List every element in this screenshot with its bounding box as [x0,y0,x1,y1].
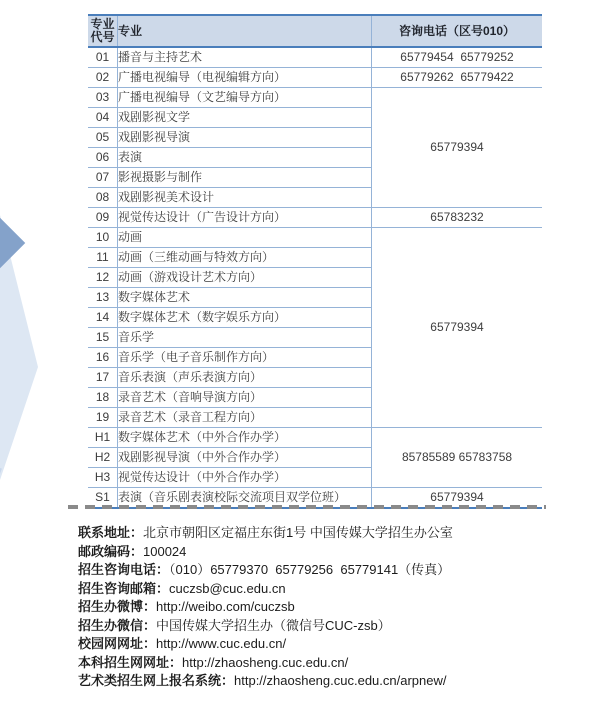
major-name-cell: 动画（游戏设计艺术方向） [118,268,372,288]
table-row: H1数字媒体艺术（中外合作办学）85785589 65783758 [88,428,542,448]
major-name-cell: 数字媒体艺术 [118,288,372,308]
major-code-cell: 19 [88,408,118,428]
header-major-code: 专业代号 [88,15,118,47]
contact-value: http://www.cuc.edu.cn/ [156,636,286,651]
contact-value: （010）65779370 65779256 65779141（传真） [169,562,450,577]
major-code-cell: 14 [88,308,118,328]
contact-value: 中国传媒大学招生办（微信号CUC-zsb） [156,618,391,633]
contact-label: 招生办微信： [78,618,156,633]
major-name-cell: 音乐学（电子音乐制作方向） [118,348,372,368]
decorative-diagonal-line [0,468,2,593]
major-code-cell: 04 [88,108,118,128]
header-major-name: 专业 [118,15,372,47]
major-name-cell: 戏剧影视文学 [118,108,372,128]
document-page: 专业代号 专业 咨询电话（区号010） 01播音与主持艺术65779454 65… [0,0,600,711]
table-header-row: 专业代号 专业 咨询电话（区号010） [88,15,542,47]
table-row: 02广播电视编导（电视编辑方向）65779262 65779422 [88,68,542,88]
major-code-cell: 01 [88,47,118,68]
contact-label: 艺术类招生网上报名系统： [78,673,234,688]
major-name-cell: 数字媒体艺术（数字娱乐方向） [118,308,372,328]
contact-value: 北京市朝阳区定福庄东街1号 中国传媒大学招生办公室 [143,525,453,540]
major-name-cell: 戏剧影视导演 [118,128,372,148]
contact-line: 本科招生网网址：http://zhaosheng.cuc.edu.cn/ [78,654,453,673]
phone-cell: 65779262 65779422 [372,68,543,88]
phone-cell: 65779454 65779252 [372,47,543,68]
major-code-cell: 09 [88,208,118,228]
major-name-cell: 广播电视编导（文艺编导方向） [118,88,372,108]
major-name-cell: 视觉传达设计（广告设计方向） [118,208,372,228]
major-name-cell: 音乐学 [118,328,372,348]
dashed-divider [68,505,546,509]
major-name-cell: 动画 [118,228,372,248]
major-name-cell: 音乐表演（声乐表演方向） [118,368,372,388]
contact-value: 100024 [143,544,186,559]
contact-line: 校园网网址：http://www.cuc.edu.cn/ [78,635,453,654]
contact-line: 联系地址：北京市朝阳区定福庄东街1号 中国传媒大学招生办公室 [78,524,453,543]
contact-line: 招生办微信：中国传媒大学招生办（微信号CUC-zsb） [78,617,453,636]
phone-cell: 85785589 65783758 [372,428,543,488]
major-name-cell: 戏剧影视导演（中外合作办学） [118,448,372,468]
contact-value: http://zhaosheng.cuc.edu.cn/ [182,655,348,670]
major-name-cell: 动画（三维动画与特效方向） [118,248,372,268]
table-row: 10动画65779394 [88,228,542,248]
contact-label: 招生咨询邮箱： [78,581,169,596]
major-code-cell: H1 [88,428,118,448]
phone-cell: 65779394 [372,88,543,208]
majors-phone-table: 专业代号 专业 咨询电话（区号010） 01播音与主持艺术65779454 65… [88,14,542,509]
major-name-cell: 录音艺术（音响导演方向） [118,388,372,408]
major-code-cell: 13 [88,288,118,308]
major-code-cell: 16 [88,348,118,368]
contact-line: 邮政编码：100024 [78,543,453,562]
contact-line: 招生办微博：http://weibo.com/cuczsb [78,598,453,617]
table-body: 01播音与主持艺术65779454 6577925202广播电视编导（电视编辑方… [88,47,542,508]
major-code-cell: 12 [88,268,118,288]
major-name-cell: 播音与主持艺术 [118,47,372,68]
major-name-cell: 戏剧影视美术设计 [118,188,372,208]
major-name-cell: 影视摄影与制作 [118,168,372,188]
major-code-cell: H2 [88,448,118,468]
table-row: 01播音与主持艺术65779454 65779252 [88,47,542,68]
table-header: 专业代号 专业 咨询电话（区号010） [88,15,542,47]
major-code-cell: 06 [88,148,118,168]
major-code-cell: 17 [88,368,118,388]
major-code-cell: 18 [88,388,118,408]
major-name-cell: 数字媒体艺术（中外合作办学） [118,428,372,448]
contact-label: 校园网网址： [78,636,156,651]
phone-cell: 65783232 [372,208,543,228]
contact-line: 招生咨询邮箱：cuczsb@cuc.edu.cn [78,580,453,599]
major-name-cell: 视觉传达设计（中外合作办学） [118,468,372,488]
major-code-cell: 07 [88,168,118,188]
major-code-cell: 02 [88,68,118,88]
major-name-cell: 录音艺术（录音工程方向） [118,408,372,428]
major-name-cell: 广播电视编导（电视编辑方向） [118,68,372,88]
major-code-cell: 11 [88,248,118,268]
major-code-cell: 03 [88,88,118,108]
contact-value: cuczsb@cuc.edu.cn [169,581,286,596]
major-code-cell: 10 [88,228,118,248]
major-code-cell: 15 [88,328,118,348]
decorative-pale-diamond [0,0,60,711]
contact-label: 联系地址： [78,525,143,540]
contact-line: 艺术类招生网上报名系统：http://zhaosheng.cuc.edu.cn/… [78,672,453,691]
major-code-cell: 08 [88,188,118,208]
major-code-cell: H3 [88,468,118,488]
contact-line: 招生咨询电话：（010）65779370 65779256 65779141（传… [78,561,453,580]
contact-label: 本科招生网网址： [78,655,182,670]
table-row: 09视觉传达设计（广告设计方向）65783232 [88,208,542,228]
major-name-cell: 表演 [118,148,372,168]
contact-label: 邮政编码： [78,544,143,559]
contact-value: http://weibo.com/cuczsb [156,599,295,614]
contact-label: 招生办微博： [78,599,156,614]
table-row: 03广播电视编导（文艺编导方向）65779394 [88,88,542,108]
contact-info-block: 联系地址：北京市朝阳区定福庄东街1号 中国传媒大学招生办公室邮政编码：10002… [78,524,453,691]
contact-value: http://zhaosheng.cuc.edu.cn/arpnew/ [234,673,446,688]
header-phone: 咨询电话（区号010） [372,15,543,47]
major-code-cell: 05 [88,128,118,148]
contact-label: 招生咨询电话： [78,562,169,577]
phone-cell: 65779394 [372,228,543,428]
